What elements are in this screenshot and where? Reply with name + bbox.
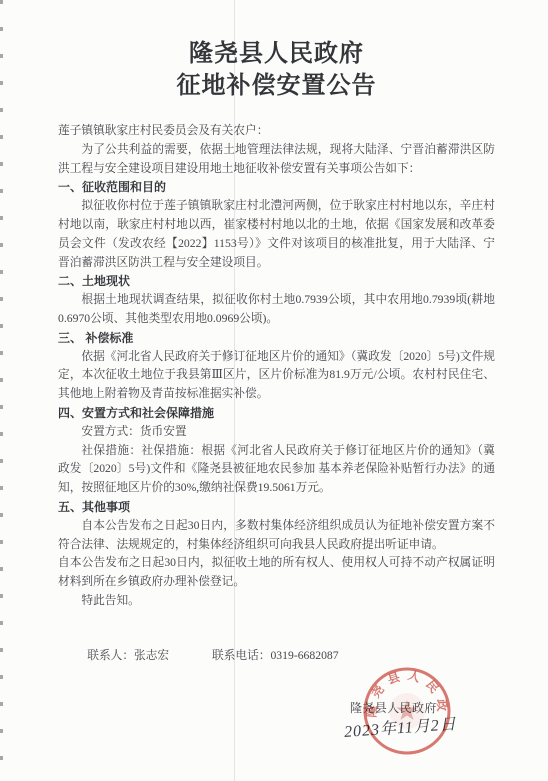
section-3-heading: 三、 补偿标准 — [58, 329, 495, 348]
section-1-heading: 一、征收范围和目的 — [58, 178, 495, 197]
section-5-paragraph-1: 自本公告发布之日起30日内，多数村集体经济组织成员认为征地补偿安置方案不符合法律… — [58, 517, 495, 555]
section-3-paragraph: 依据《河北省人民政府关于修订征地区片价的通知》（冀政发〔2020〕5号)文件规定… — [58, 348, 495, 404]
section-4-heading: 四、安置方式和社会保障措施 — [58, 404, 495, 423]
intro-paragraph: 为了公共利益的需要，依据土地管理法律法规，现将大陆泽、宁晋泊蓄滞洪区防洪工程与安… — [58, 141, 495, 179]
title-line-2: 征地补偿安置公告 — [58, 70, 495, 102]
announcement-page: 隆尧县人民政府 征地补偿安置公告 莲子镇镇耿家庄村民委员会及有关农户： 为了公共… — [0, 0, 548, 781]
scan-edge-artifacts — [0, 0, 3, 781]
salutation: 莲子镇镇耿家庄村民委员会及有关农户： — [58, 122, 495, 141]
closing-note: 特此告知。 — [58, 592, 495, 611]
section-2-paragraph: 根据土地现状调查结果，拟征收你村土地0.7939公顷，其中农用地0.7939顷(… — [58, 291, 495, 329]
page-title: 隆尧县人民政府 征地补偿安置公告 — [58, 38, 495, 102]
official-seal: 隆尧县人民政府 — [359, 663, 455, 759]
document-content: 隆尧县人民政府 征地补偿安置公告 莲子镇镇耿家庄村民委员会及有关农户： 为了公共… — [58, 0, 495, 666]
section-2-heading: 二、土地现状 — [58, 272, 495, 291]
title-line-1: 隆尧县人民政府 — [58, 38, 495, 70]
section-1-paragraph: 拟征收你村位于莲子镇镇耿家庄村北澧河两侧，位于耿家庄村村地以东，辛庄村村地以南，… — [58, 197, 495, 272]
section-4-social-security-paragraph: 社保措施：社保措施：根据《河北省人民政府关于修订征地区片价的通知》（冀政发〔20… — [58, 442, 495, 498]
contact-phone: 联系电话：0319-6682087 — [212, 649, 339, 662]
section-5-paragraph-2: 自本公告发布之日起30日内，拟征收土地的所有权人、使用权人可持不动产权属证明材料… — [58, 554, 495, 592]
section-5-heading: 五、其他事项 — [58, 498, 495, 517]
contact-person: 联系人：张志宏 — [87, 649, 169, 662]
section-4-placement-line: 安置方式：货币安置 — [58, 423, 495, 442]
